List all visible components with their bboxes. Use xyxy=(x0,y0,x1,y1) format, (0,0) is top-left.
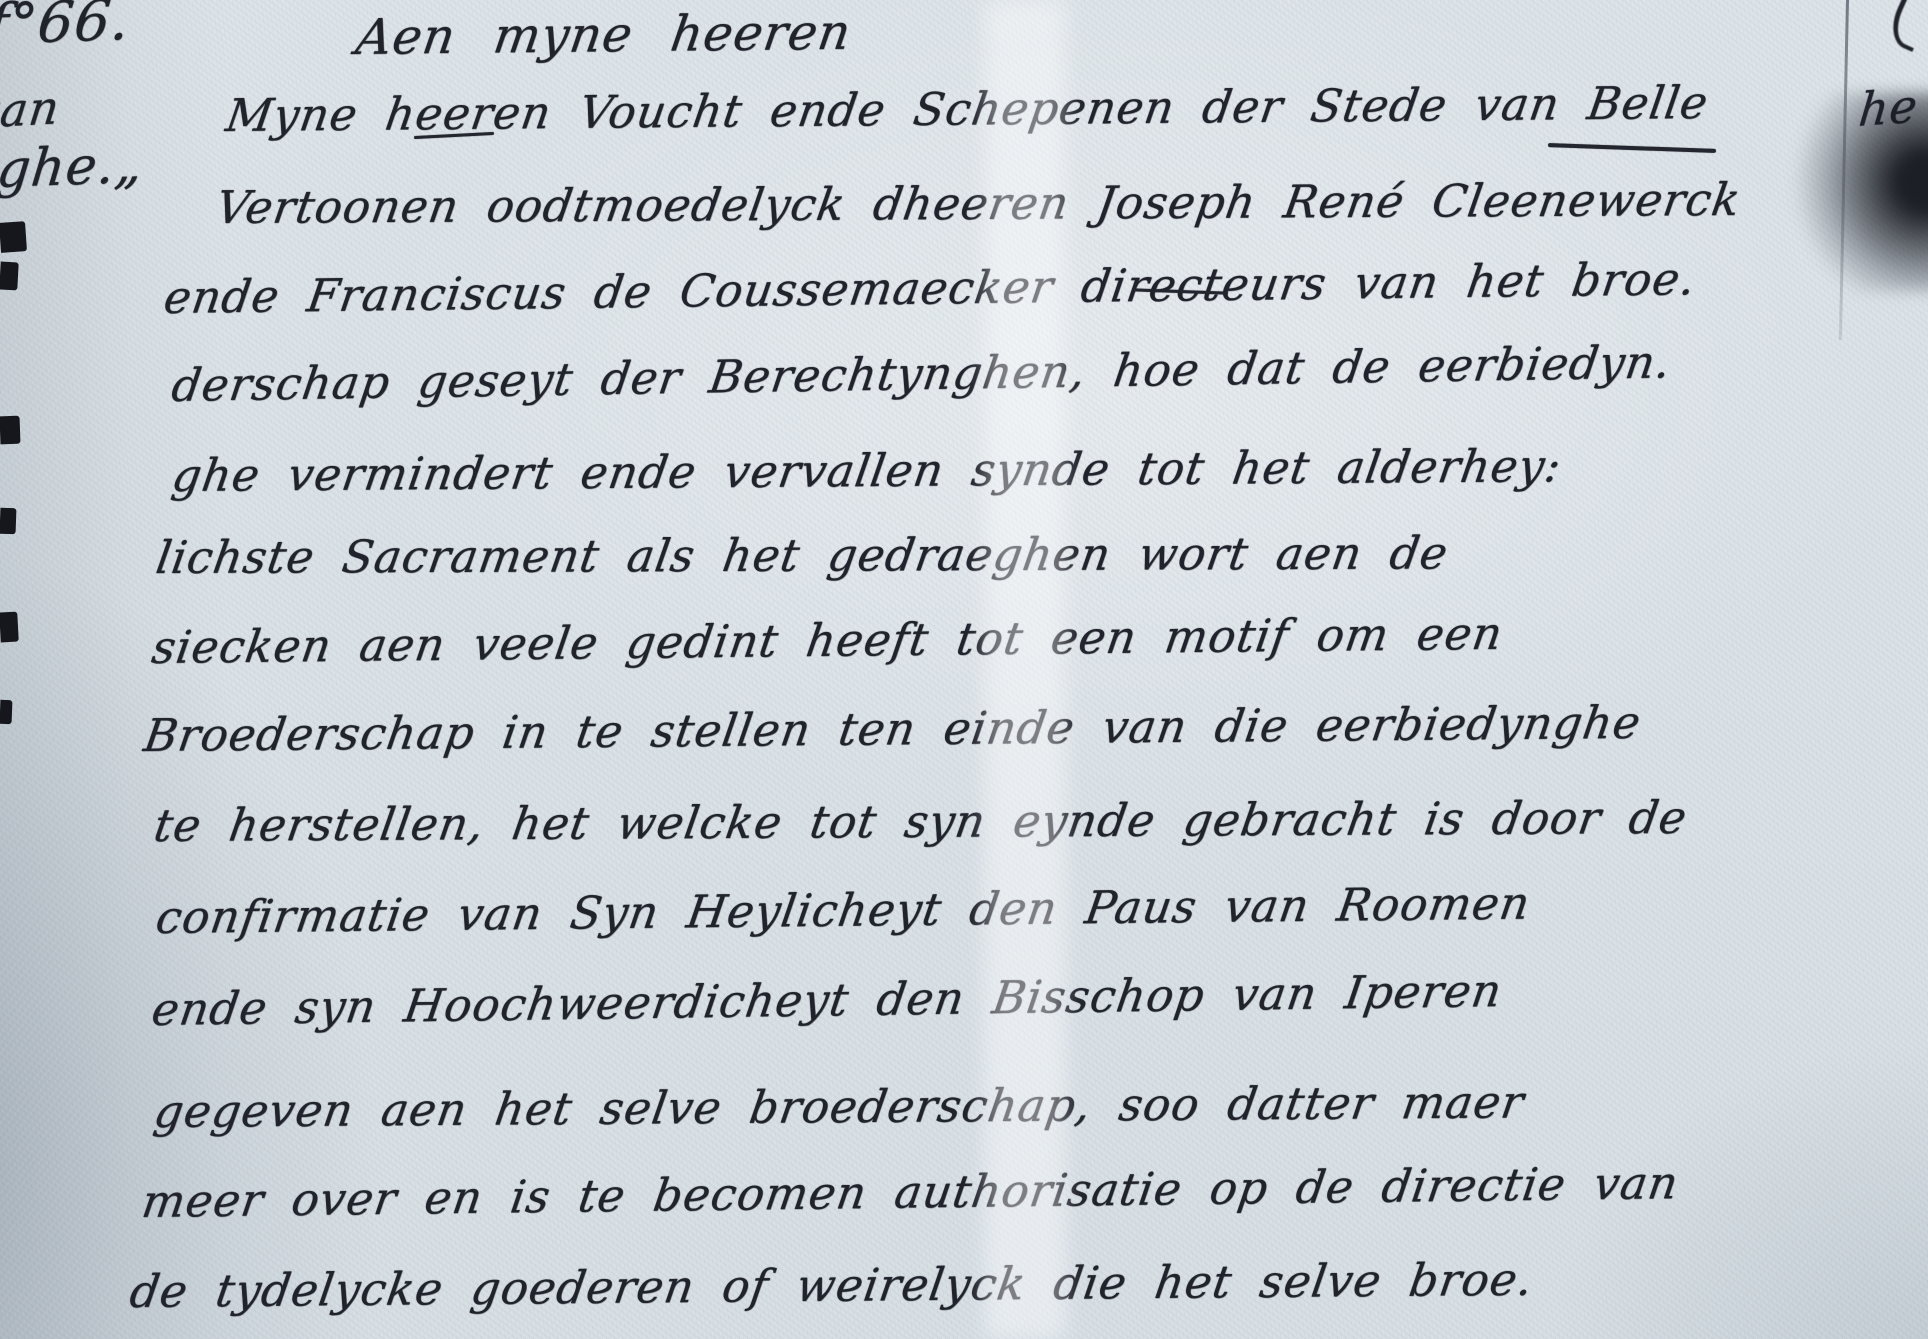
flourish-stroke xyxy=(1548,143,1716,153)
margin-note: ghe.„ xyxy=(0,135,146,200)
manuscript-heading: Aen myne heeren xyxy=(352,3,855,68)
manuscript-line: meer over en is te becomen authorisatie … xyxy=(138,1153,1683,1232)
manuscript-line: ende Franciscus de Coussemaecker directe… xyxy=(160,249,1700,328)
manuscript-line: derschap geseyt der Berechtynghen, hoe d… xyxy=(168,332,1675,416)
manuscript-line: de tydelycke goederen of weirelyck die h… xyxy=(126,1250,1538,1322)
ink-mark xyxy=(1884,0,1928,52)
manuscript-line: Broederschap in te stellen ten einde van… xyxy=(140,693,1645,766)
manuscript-line: ghe vermindert ende vervallen synde tot … xyxy=(168,436,1566,506)
scan-edge-mark xyxy=(0,508,16,535)
manuscript-line: Vertoonen oodtmoedelyck dheeren Joseph R… xyxy=(212,170,1745,238)
manuscript-line: gegeven aen het selve broederschap, soo … xyxy=(150,1072,1528,1142)
scan-light-streak xyxy=(985,0,1065,1339)
manuscript-line: ende syn Hoochweerdicheyt den Bisschop v… xyxy=(148,961,1506,1040)
scan-edge-mark xyxy=(0,262,19,291)
manuscript-line: confirmatie van Syn Heylicheyt den Paus … xyxy=(152,874,1534,948)
scan-edge-mark xyxy=(0,416,20,445)
folio-number: f°66. xyxy=(0,0,133,56)
scan-edge-mark xyxy=(0,700,12,724)
manuscript-line: te herstellen, het welcke tot syn eynde … xyxy=(150,788,1691,856)
manuscript-page-scan: f°66. van ghe.„ Aen myne heeren Myne hee… xyxy=(0,0,1928,1339)
scan-edge-mark xyxy=(0,612,19,643)
manuscript-line: siecken aen veele gedint heeft tot een m… xyxy=(148,604,1507,678)
scan-edge-mark xyxy=(0,221,27,253)
manuscript-line: lichste Sacrament als het gedraeghen wor… xyxy=(152,523,1452,588)
margin-note: van xyxy=(0,77,63,142)
ink-smudge xyxy=(1790,92,1928,292)
